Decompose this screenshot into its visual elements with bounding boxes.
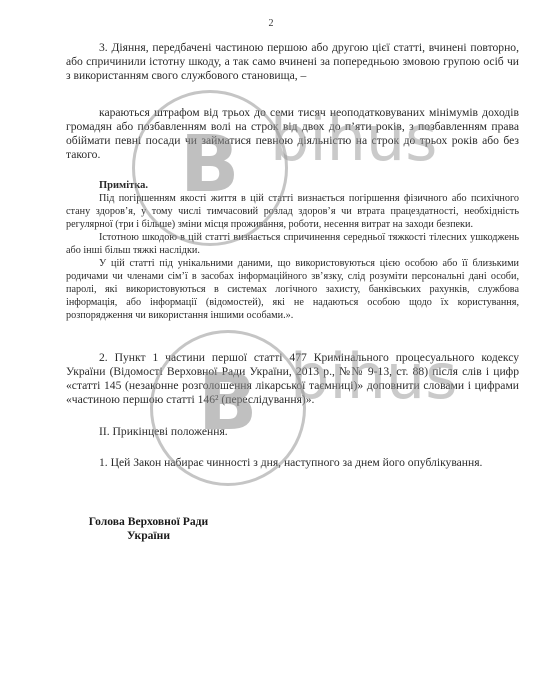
signature-block: Голова Верховної Ради України	[66, 515, 231, 543]
signature-line-1: Голова Верховної Ради	[66, 515, 231, 529]
page-number: 2	[0, 18, 542, 29]
final-provisions-title: ІІ. Прикінцеві положення.	[66, 425, 519, 439]
section-3-paragraph: 3. Діяння, передбачені частиною першою а…	[66, 41, 519, 83]
document-page: 2 3. Діяння, передбачені частиною першою…	[0, 0, 542, 697]
note-paragraph: У цій статті під унікальними даними, що …	[66, 257, 519, 322]
final-provisions-heading: ІІ. Прикінцеві положення.	[66, 425, 519, 439]
section-3-penalty: караються штрафом від трьох до семи тися…	[66, 106, 519, 162]
final-provisions-item-1: 1. Цей Закон набирає чинності з дня, нас…	[66, 456, 519, 470]
note-paragraph: Під погіршенням якості життя в цій статт…	[66, 192, 519, 231]
signature-line-2: України	[66, 529, 231, 543]
note-block: Примітка. Під погіршенням якості життя в…	[66, 179, 519, 322]
note-title: Примітка.	[66, 179, 519, 192]
section-3-text: 3. Діяння, передбачені частиною першою а…	[66, 41, 519, 83]
item-2-block: 2. Пункт 1 частини першої статті 477 Кри…	[66, 351, 519, 407]
final-item-1-text: 1. Цей Закон набирає чинності з дня, нас…	[66, 456, 519, 470]
note-paragraph: Істотною шкодою в цій статті визнається …	[66, 231, 519, 257]
penalty-text: караються штрафом від трьох до семи тися…	[66, 106, 519, 162]
item-2-text: 2. Пункт 1 частини першої статті 477 Кри…	[66, 351, 519, 407]
